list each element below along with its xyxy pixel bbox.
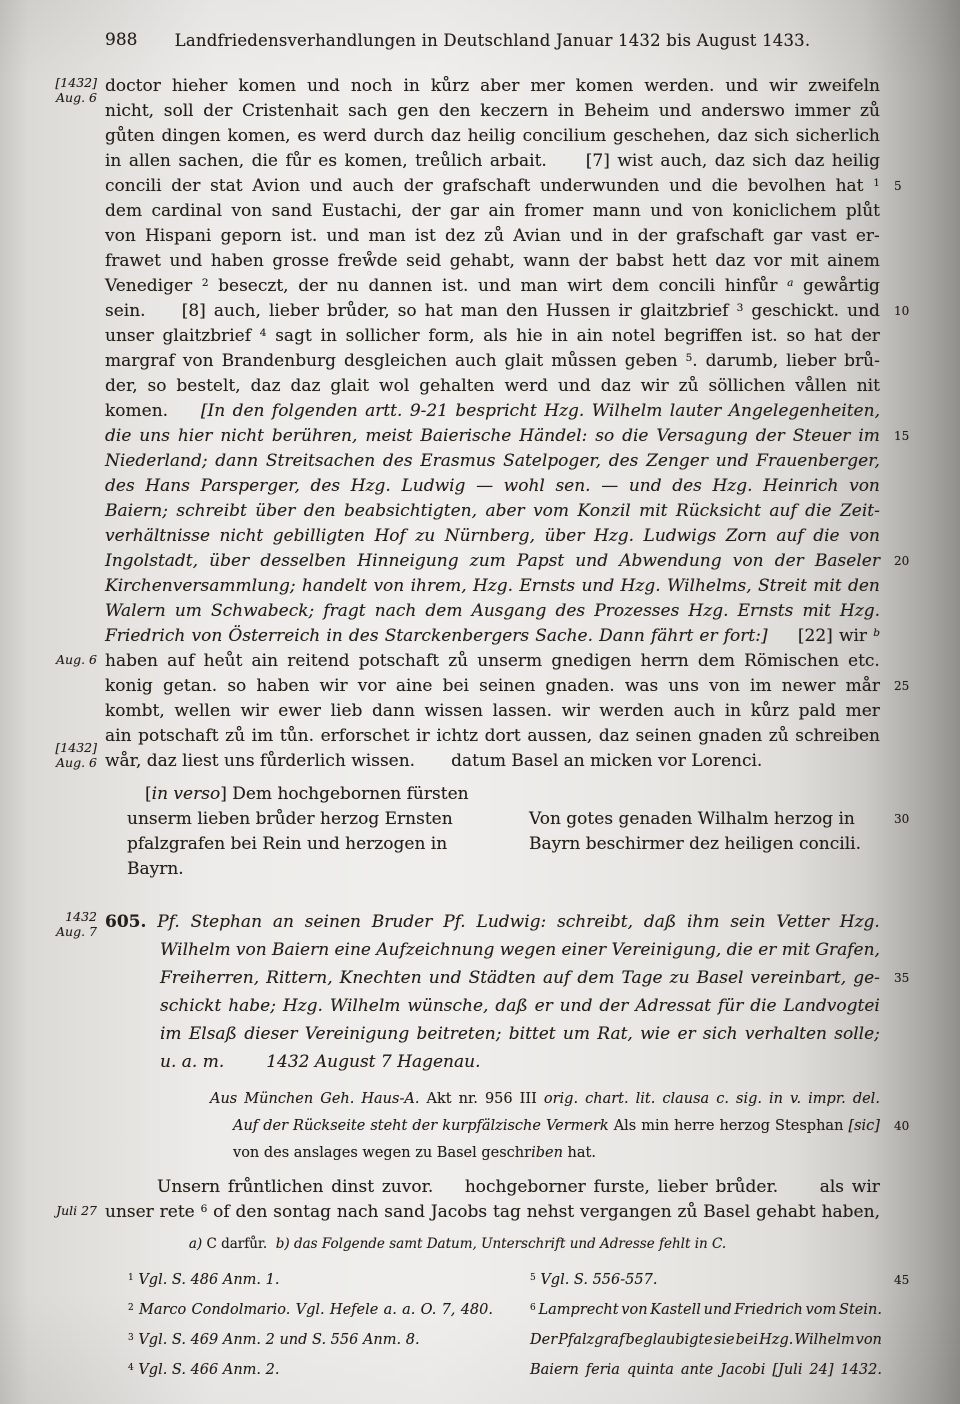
text-segment: gnaden xyxy=(698,726,762,746)
line-number: 35 xyxy=(894,964,909,992)
text-segment: nicht, xyxy=(105,101,154,121)
text-segment: ainem xyxy=(827,251,880,271)
word-token: der xyxy=(775,549,804,574)
text-segment: sein xyxy=(730,912,765,932)
word-token: lieber xyxy=(658,1175,708,1200)
word-token: [Juli xyxy=(772,1355,802,1385)
text-segment: nach xyxy=(375,601,417,621)
text-segment: Wilhelm xyxy=(794,1332,854,1348)
text-segment: a. xyxy=(384,1302,397,1318)
word-token: Ernsts xyxy=(519,574,575,599)
word-token: ainem xyxy=(827,249,880,274)
text-segment: die xyxy=(105,426,131,446)
word-token: kurpfälzische xyxy=(442,1113,541,1140)
text-line: FriedrichvonÖsterreichindesStarckenberge… xyxy=(105,624,880,649)
text-segment: so xyxy=(595,426,614,446)
text-segment: Stein. xyxy=(839,1302,882,1318)
word-token: unser xyxy=(105,1200,154,1225)
word-token: daz xyxy=(601,374,631,399)
text-segment: zu xyxy=(415,526,435,546)
word-token: Aufzeichnung xyxy=(376,936,494,964)
text-segment: sich xyxy=(703,1024,738,1044)
text-segment: von xyxy=(692,201,723,221)
text-segment: wol xyxy=(379,376,409,396)
text-segment: dannen xyxy=(368,276,432,296)
word-token: Als xyxy=(614,1113,637,1140)
text-segment: allen xyxy=(129,151,171,171)
word-token: dem xyxy=(612,274,649,299)
word-token: daß xyxy=(495,992,527,1020)
text-segment: Abwendung xyxy=(619,551,721,571)
text-segment: einer xyxy=(562,940,607,960)
text-segment: gehabt xyxy=(756,1202,816,1222)
word-token: hat xyxy=(814,324,842,349)
word-token: margraf xyxy=(105,349,175,374)
word-token: habe; xyxy=(228,992,276,1020)
word-token: gehabt xyxy=(756,1200,816,1225)
text-segment: von xyxy=(856,1332,882,1348)
word-token: bespricht xyxy=(455,399,536,424)
text-segment: auf xyxy=(543,968,570,988)
word-token: über xyxy=(544,524,584,549)
text-segment: und xyxy=(560,996,593,1016)
word-token: tag xyxy=(493,1200,521,1225)
word-token: daz xyxy=(431,124,461,149)
text-segment: lassen. xyxy=(493,701,552,721)
word-token: gehalten xyxy=(419,374,494,399)
margin-date-note: Aug. 6 xyxy=(33,652,97,667)
text-segment: schickt xyxy=(160,996,221,1016)
text-segment: in xyxy=(769,1091,783,1107)
text-segment: komen, xyxy=(228,126,291,146)
text-segment: Aufzeichnung xyxy=(376,940,494,960)
text-segment: ichtz xyxy=(436,726,478,746)
word-token: Prozesses xyxy=(594,599,679,624)
text-segment: aine xyxy=(396,676,433,696)
column: 3 Vgl. S. 469 Anm. 2 und S. 556 Anm. 8. xyxy=(128,1325,493,1355)
word-token: c. xyxy=(716,1086,729,1113)
word-token: über xyxy=(209,549,249,574)
text-segment: so xyxy=(227,676,246,696)
text-segment: sich xyxy=(752,151,787,171)
text-segment: zum xyxy=(470,551,506,571)
text-segment: mit xyxy=(813,576,841,596)
word-token: sachen, xyxy=(178,149,244,174)
word-token: Baseler xyxy=(815,549,880,574)
column: 5 Vgl. S. 556-557. xyxy=(530,1265,882,1295)
word-token: plůt xyxy=(846,199,880,224)
word-token: [sic] xyxy=(848,1113,880,1140)
word-token: Beheim xyxy=(584,99,649,124)
line-number: 15 xyxy=(894,424,909,449)
text-segment: und xyxy=(659,101,692,121)
text-segment: des xyxy=(310,476,340,496)
word-token: wist xyxy=(617,149,653,174)
text-segment: Hof xyxy=(374,526,405,546)
text-segment: von xyxy=(733,551,764,571)
text-segment: lieb xyxy=(331,701,363,721)
text-segment: freẘde xyxy=(338,251,398,271)
text-segment: den xyxy=(304,501,336,521)
note-reference: 5 xyxy=(530,1273,536,1283)
text-segment: wist xyxy=(617,151,653,171)
text-line: 1 Vgl. S. 486 Anm. 1.5 Vgl. S. 556-557.4… xyxy=(105,1265,880,1295)
word-token: Zeit- xyxy=(840,499,880,524)
word-token: eine xyxy=(334,936,371,964)
text-segment: die xyxy=(727,940,753,960)
text-segment: Nürnberg, xyxy=(445,526,535,546)
text-line: AusMünchenGeh.Haus-A.Aktnr.956IIIorig.ch… xyxy=(105,1086,880,1113)
word-token: dort xyxy=(485,724,521,749)
text-segment: Hzg. xyxy=(544,401,584,421)
text-segment: [7] xyxy=(586,151,610,171)
text-segment: Condolmario. xyxy=(192,1302,291,1318)
text-segment: Zenger xyxy=(646,451,708,471)
text-segment: [Juli xyxy=(772,1362,802,1378)
word-token: [In xyxy=(201,399,225,424)
text-segment: Wilhelm xyxy=(330,996,401,1016)
text-segment: anderswo xyxy=(701,101,785,121)
text-segment: C darfůr. xyxy=(202,1236,276,1252)
text-segment: 1432. xyxy=(840,1362,882,1378)
text-segment: von xyxy=(231,201,262,221)
text-line: nicht,sollderCristenhaitsachgendenkeczer… xyxy=(105,99,880,124)
text-segment: der xyxy=(298,276,327,296)
text-segment: und xyxy=(478,276,511,296)
text-segment: Zorn xyxy=(726,526,767,546)
text-segment: wie xyxy=(640,1024,670,1044)
text-line: habenaufheůtainreitendpotschaftzůunsermg… xyxy=(105,649,880,674)
word-token: vor xyxy=(754,249,782,274)
word-token: Unsern xyxy=(157,1175,220,1200)
word-token: Cristenhait xyxy=(242,99,339,124)
text-segment: Vgl. xyxy=(296,1302,325,1318)
word-token: v. xyxy=(790,1086,801,1113)
word-token: getan. xyxy=(163,674,217,699)
word-token: für xyxy=(718,992,743,1020)
text-segment: gnaden. xyxy=(545,676,614,696)
text-line: dieunshiernichtberühren,meistBaierischeH… xyxy=(105,424,880,449)
word-token: und xyxy=(650,199,683,224)
text-segment: man xyxy=(520,276,557,296)
margin-date-note: [1432]Aug. 6 xyxy=(33,75,97,105)
word-token: b xyxy=(873,624,880,649)
word-token: auch, xyxy=(660,149,707,174)
word-token: Vgl. xyxy=(296,1295,325,1325)
text-segment: zů xyxy=(678,1202,698,1222)
text-segment: dem xyxy=(105,201,142,221)
word-token: gehabt, xyxy=(450,249,515,274)
word-token: daz xyxy=(715,149,745,174)
word-token: Angelegenheiten, xyxy=(729,399,880,424)
column: 1 Vgl. S. 486 Anm. 1. xyxy=(128,1265,493,1295)
text-line: demcardinalvonsandEustachi,dergarainfrom… xyxy=(105,199,880,224)
word-token: 1 xyxy=(873,174,880,199)
word-token: Ernsts xyxy=(738,599,794,624)
text-segment: die xyxy=(622,426,648,446)
text-segment: unser xyxy=(105,326,154,346)
text-segment: unserm lieben brůder herzog Ernsten xyxy=(127,809,453,829)
column: Von gotes genaden Wilhalm herzog in xyxy=(529,807,881,832)
text-segment: Dann xyxy=(599,626,645,646)
word-token: Landvogtei xyxy=(784,992,880,1020)
text-segment: Akt xyxy=(426,1091,451,1107)
text-segment: mit xyxy=(782,940,810,960)
text-segment: wir xyxy=(320,676,348,696)
text-segment: verhalten xyxy=(745,1024,827,1044)
text-segment: iben xyxy=(531,1145,563,1161)
text-segment: orig. xyxy=(544,1091,578,1107)
word-token: Basel xyxy=(697,964,744,992)
text-segment: des xyxy=(555,601,585,621)
word-token: nit xyxy=(857,374,880,399)
text-segment: dez xyxy=(445,226,475,246)
word-token: Ingolstadt, xyxy=(105,549,198,574)
word-token: der xyxy=(756,424,785,449)
text-segment: handelt xyxy=(302,576,367,596)
text-segment: in xyxy=(551,326,567,346)
word-token: auf xyxy=(543,964,570,992)
word-token: bevolhen xyxy=(748,174,826,199)
word-token: vereinbart, xyxy=(751,964,847,992)
text-segment: wir xyxy=(240,701,268,721)
text-segment: daz xyxy=(794,151,824,171)
word-token: ain xyxy=(577,324,604,349)
word-token: und xyxy=(307,74,340,99)
word-token: 2 xyxy=(202,274,209,299)
text-segment: Kirchenversammlung; xyxy=(105,576,296,596)
text-segment: des xyxy=(105,476,135,496)
word-token: die xyxy=(750,992,776,1020)
text-line: 605.Pf.StephananseinenBruderPf.Ludwig:sc… xyxy=(105,908,880,936)
line-number: 45 xyxy=(894,1265,909,1295)
word-token: er xyxy=(758,936,776,964)
word-token: Vermerk xyxy=(546,1113,609,1140)
word-token: den xyxy=(439,99,471,124)
note-reference: 3 xyxy=(737,302,744,314)
text-segment: er xyxy=(758,940,776,960)
word-token: gebilligten xyxy=(273,524,365,549)
text-segment: hochgeborner xyxy=(465,1177,586,1197)
word-token: lauter xyxy=(670,399,722,424)
word-token: es xyxy=(297,124,316,149)
word-token: wir xyxy=(641,374,669,399)
text-segment: sagt xyxy=(275,326,312,346)
word-token: dem xyxy=(577,964,614,992)
text-line: komen. [Indenfolgendenartt.9-21bespricht… xyxy=(105,399,880,424)
text-segment: Ernsts xyxy=(738,601,794,621)
text-segment: Adressat xyxy=(635,996,711,1016)
word-token: a xyxy=(787,274,793,299)
word-token: auf xyxy=(167,649,194,674)
word-token: werd xyxy=(504,374,548,399)
word-token: newer xyxy=(782,674,836,699)
word-token: der xyxy=(171,174,200,199)
text-segment: Bruder xyxy=(372,912,433,932)
word-token: Jacobi xyxy=(720,1355,765,1385)
word-token: und xyxy=(629,474,662,499)
word-token: in xyxy=(558,99,574,124)
text-segment: Lamprecht xyxy=(538,1302,618,1318)
text-segment: Österreich xyxy=(228,626,320,646)
word-token: es xyxy=(318,149,337,174)
text-segment: Rittern, xyxy=(266,968,332,988)
word-token: kůrz xyxy=(751,699,789,724)
text-segment: nach xyxy=(337,1202,379,1222)
text-segment: Rückseite xyxy=(293,1118,365,1134)
word-token: mit xyxy=(790,249,818,274)
text-segment: konig xyxy=(105,676,153,696)
text-segment: in xyxy=(403,76,419,96)
text-segment: můssen xyxy=(551,351,617,371)
word-token: von xyxy=(621,1295,647,1325)
text-segment: der xyxy=(638,226,667,246)
word-token: er xyxy=(535,992,553,1020)
word-token: 6 xyxy=(201,1200,208,1225)
text-segment: sach xyxy=(348,101,387,121)
note-reference: 4 xyxy=(260,327,267,339)
text-segment: daz xyxy=(290,376,320,396)
word-token: sig. xyxy=(736,1086,762,1113)
word-token: kůrz xyxy=(431,74,469,99)
line-number: 40 xyxy=(894,1113,909,1140)
text-segment: tag xyxy=(493,1202,521,1222)
text-segment: nicht xyxy=(220,526,264,546)
text-line: Venediger2beseczt,dernudannenist.undmanw… xyxy=(105,274,880,299)
word-token: der, xyxy=(105,374,138,399)
word-token: berühren, xyxy=(272,424,358,449)
text-segment: der xyxy=(851,326,880,346)
word-token: grosse xyxy=(272,249,329,274)
text-line: Niederland;dannStreitsachendesErasmusSat… xyxy=(105,449,880,474)
word-token: sich xyxy=(703,1020,738,1048)
word-token: söllichen xyxy=(708,374,785,399)
text-segment: der xyxy=(171,176,200,196)
word-token: schickt xyxy=(160,992,221,1020)
text-segment: fragt xyxy=(323,601,365,621)
text-line: Bayrn. xyxy=(105,857,880,882)
text-segment: babst xyxy=(616,251,663,271)
text-segment: Von gotes genaden Wilhalm herzog in xyxy=(529,809,855,829)
text-segment: reitend xyxy=(287,651,349,671)
text-segment: Hzg. xyxy=(688,601,728,621)
text-segment: werden. xyxy=(644,76,714,96)
text-segment: der xyxy=(412,1118,437,1134)
word-token: notel xyxy=(612,324,656,349)
word-token: und xyxy=(575,549,608,574)
word-token: wir xyxy=(562,699,590,724)
text-segment: grafschaft xyxy=(442,176,530,196)
text-segment: als xyxy=(483,326,507,346)
text-segment: Walern xyxy=(105,601,166,621)
text-segment: so xyxy=(398,301,417,321)
text-segment: ist. xyxy=(442,276,468,296)
word-token: dann xyxy=(372,699,415,724)
text-segment: werd xyxy=(323,126,367,146)
text-segment: vor xyxy=(754,251,782,271)
text-segment: mit xyxy=(802,601,830,621)
text-segment: lit. xyxy=(636,1091,656,1107)
text-segment: ist. xyxy=(291,226,317,246)
word-token: über xyxy=(255,499,295,524)
word-token: frawet xyxy=(105,249,161,274)
word-token: in xyxy=(769,1086,783,1113)
word-token: vor xyxy=(358,674,386,699)
word-token: daz xyxy=(290,374,320,399)
text-segment: Elsaß xyxy=(189,1024,237,1044)
page-header: 988 Landfriedensverhandlungen in Deutsch… xyxy=(105,30,880,54)
text-line: Unsernfrůntlichendinstzuvor. hochgeborne… xyxy=(105,1175,880,1200)
text-segment: und xyxy=(847,301,880,321)
word-token: sich xyxy=(752,149,787,174)
word-token: komen. xyxy=(105,399,168,424)
word-token: Baiern xyxy=(530,1355,579,1385)
text-segment: wegen xyxy=(500,940,557,960)
text-segment: bei xyxy=(443,676,469,696)
text-segment: nicht xyxy=(220,426,264,446)
word-token: Städten xyxy=(469,964,536,992)
word-token: glaitzbrief xyxy=(640,299,728,324)
word-token: des xyxy=(105,474,135,499)
word-token: verhalten xyxy=(745,1020,827,1048)
word-token: daz xyxy=(794,149,824,174)
word-token: werden. xyxy=(644,74,714,99)
word-token: vast xyxy=(811,224,846,249)
word-token: der xyxy=(638,224,667,249)
word-token: darumb, xyxy=(706,349,779,374)
column: 2MarcoCondolmario.Vgl.Hefelea.a.O.7,480. xyxy=(128,1295,493,1325)
text-segment: in xyxy=(725,701,741,721)
word-token: a. xyxy=(384,1295,397,1325)
word-token: und xyxy=(659,99,692,124)
word-token: unser xyxy=(105,324,154,349)
text-segment: Vetter xyxy=(776,912,829,932)
word-token: nr. xyxy=(459,1086,478,1113)
word-token: Condolmario. xyxy=(192,1295,291,1325)
text-segment: komen. xyxy=(105,401,168,421)
text-segment: Friedrich xyxy=(105,626,185,646)
word-token: Wilhelm xyxy=(330,992,401,1020)
text-segment: sontag xyxy=(273,1202,331,1222)
text-line: 2MarcoCondolmario.Vgl.Hefelea.a.O.7,480.… xyxy=(105,1295,880,1325)
text-segment: von xyxy=(849,476,880,496)
word-token: zum xyxy=(470,549,506,574)
word-token: Hzg. xyxy=(840,908,880,936)
word-token: Zenger xyxy=(646,449,708,474)
text-segment: von xyxy=(105,226,136,246)
word-token: um xyxy=(175,599,202,624)
text-segment: frawet xyxy=(105,251,161,271)
text-segment: er xyxy=(699,626,717,646)
word-token: ir xyxy=(416,724,430,749)
word-token: impr. xyxy=(808,1086,846,1113)
word-token: Hzg. xyxy=(351,474,391,499)
word-token: koniclichem xyxy=(733,199,837,224)
text-segment: ge- xyxy=(853,968,880,988)
word-token: der xyxy=(851,324,880,349)
word-token: Streitsachen xyxy=(266,449,375,474)
text-segment: Wilhelms, xyxy=(667,576,752,596)
word-token: so xyxy=(227,674,246,699)
word-token: III xyxy=(520,1086,537,1113)
text-segment: pfalzgrafen bei Rein und herzogen in xyxy=(127,834,447,854)
text-segment: haben xyxy=(211,251,264,271)
text-segment: 605. xyxy=(105,912,146,932)
text-segment: im xyxy=(160,1024,182,1044)
text-segment: der xyxy=(263,1118,288,1134)
text-segment: für xyxy=(718,996,743,1016)
word-token: dez xyxy=(445,224,475,249)
